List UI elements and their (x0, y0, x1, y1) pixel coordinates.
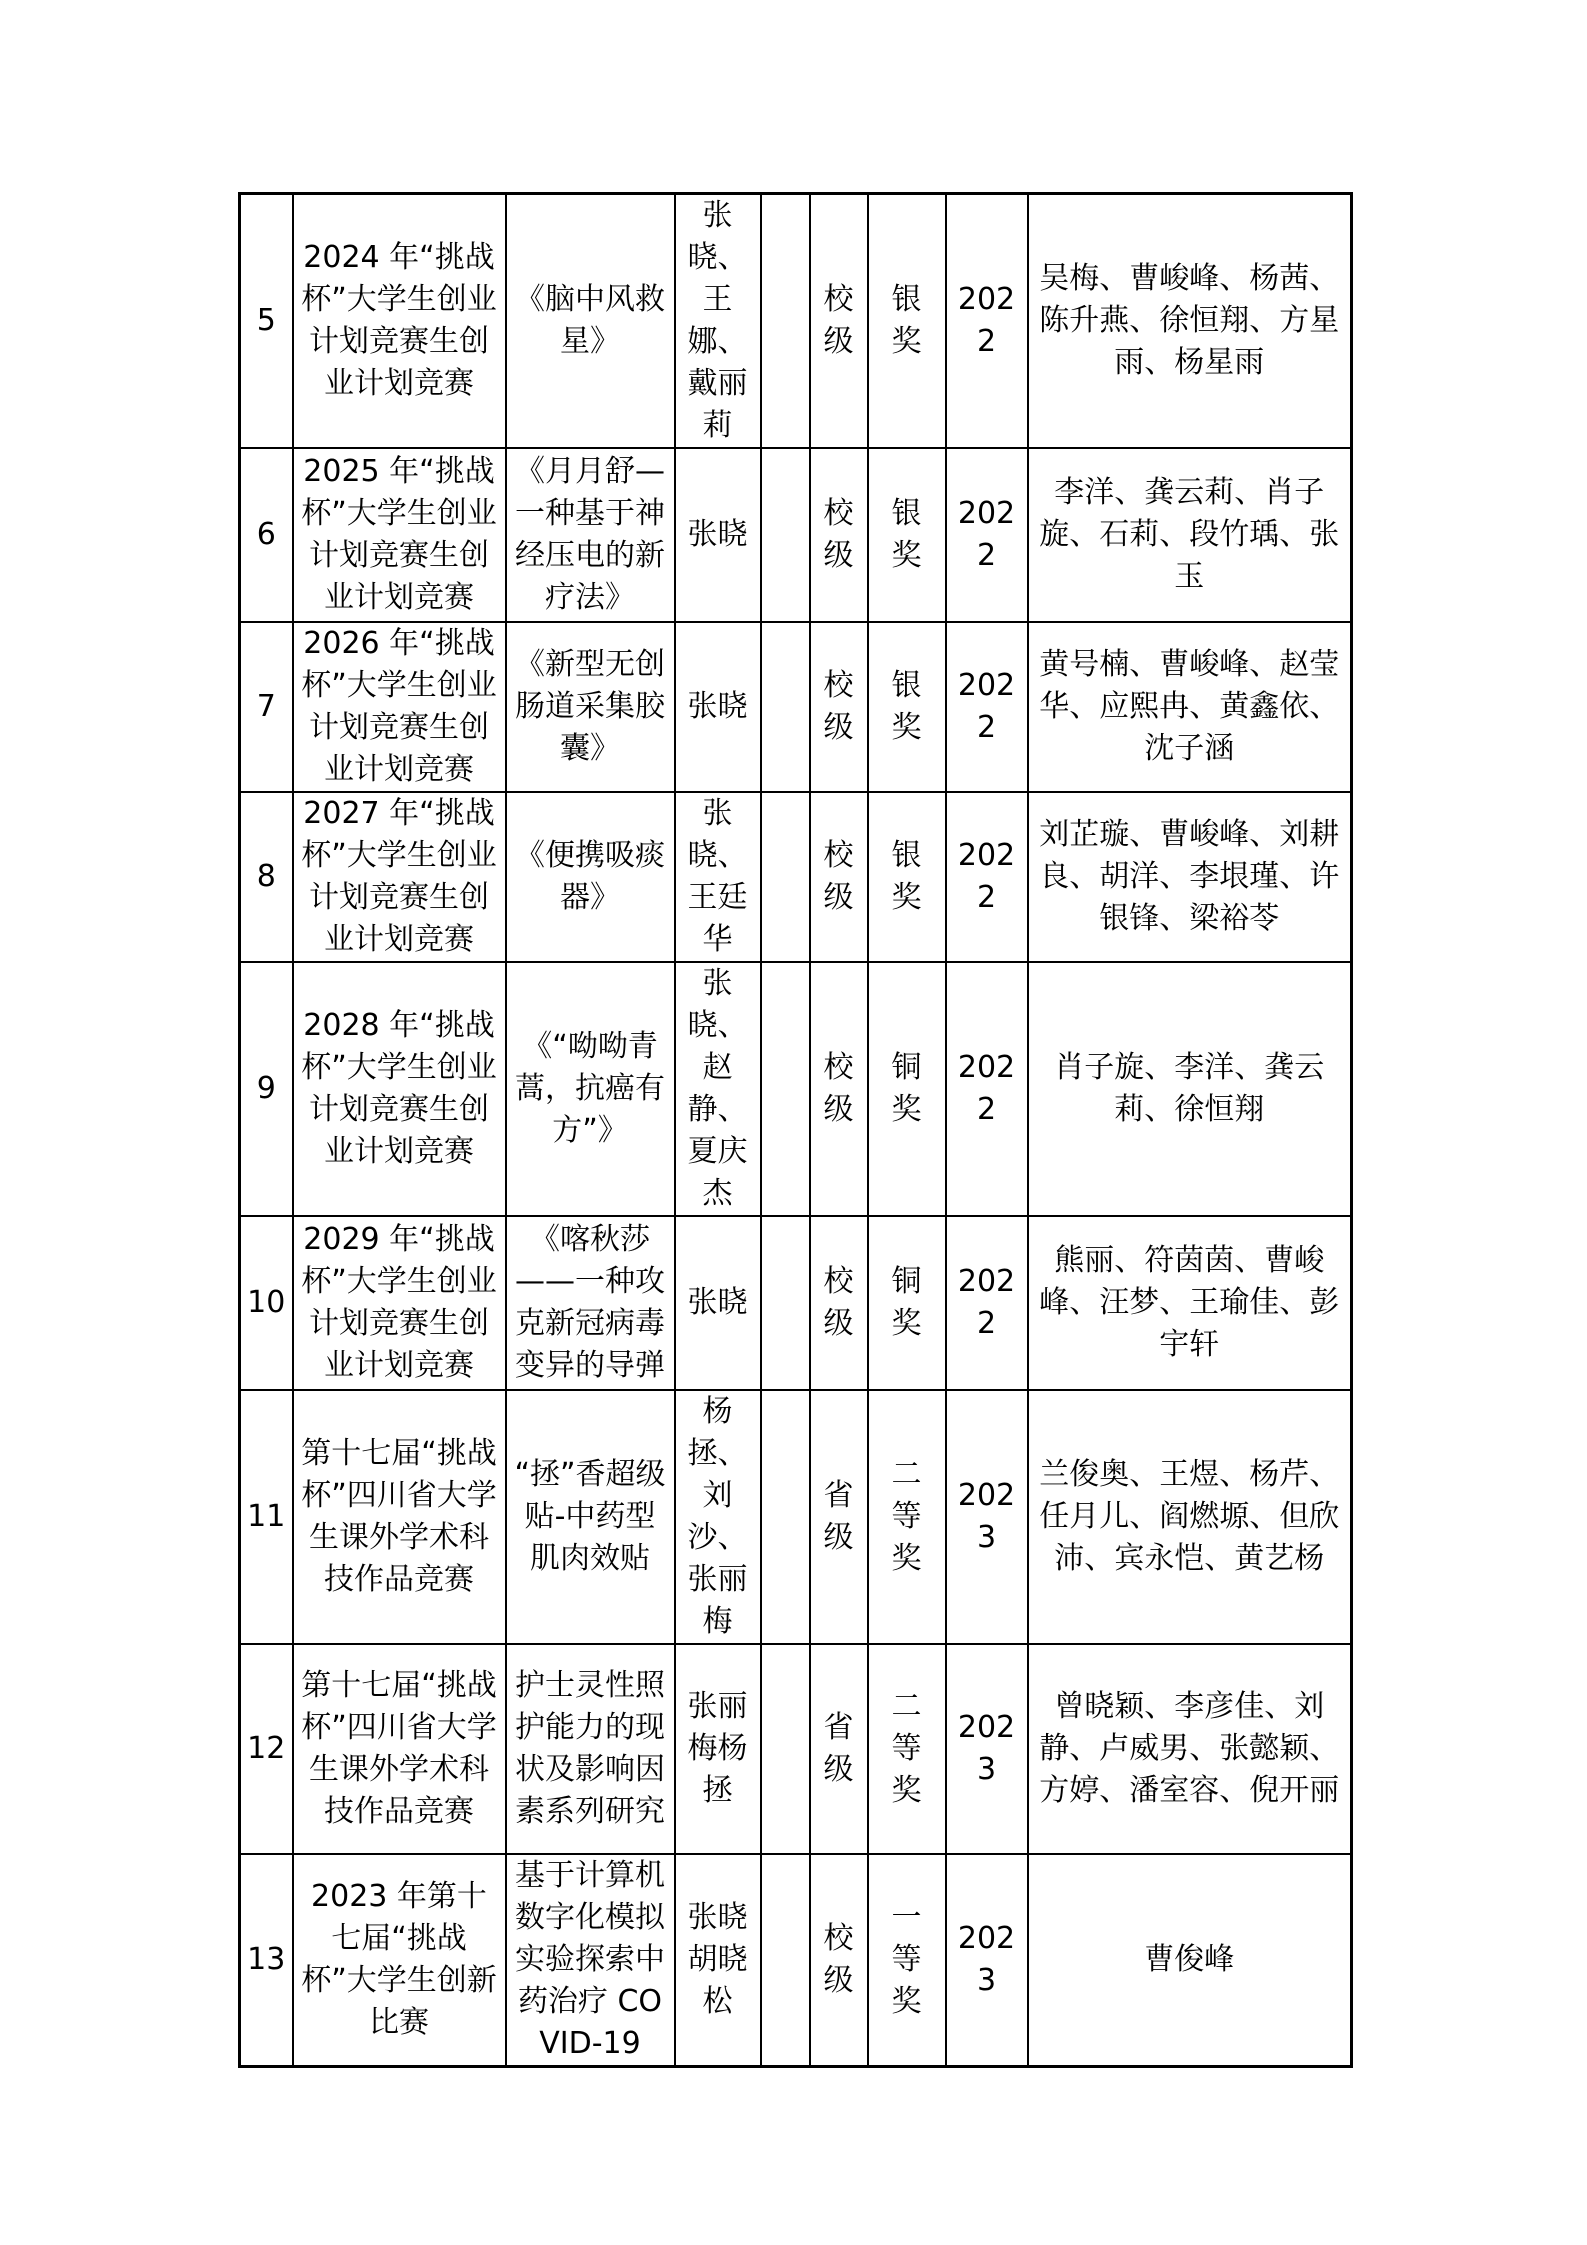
members-cell: 黄号楠、曹峻峰、赵莹华、应熙冉、黄鑫依、沈子涵 (1028, 622, 1352, 792)
spacer-cell (761, 1644, 810, 1854)
award-level-cell-text: 校级 (822, 1918, 855, 2002)
award-level-cell: 校级 (810, 792, 868, 962)
spacer-cell (761, 1216, 810, 1390)
award-year-cell: 2022 (946, 792, 1028, 962)
competition-name-cell: 2025 年“挑战杯”大学生创业计划竞赛生创业计划竞赛 (293, 448, 506, 622)
row-number-cell: 9 (240, 962, 293, 1216)
competition-name-cell: 2024 年“挑战杯”大学生创业计划竞赛生创业计划竞赛 (293, 194, 506, 449)
spacer-cell (761, 1854, 810, 2067)
spacer-cell (761, 448, 810, 622)
table-row: 82027 年“挑战杯”大学生创业计划竞赛生创业计划竞赛《便携吸痰器》张晓、王廷… (240, 792, 1352, 962)
award-level-cell-text: 省级 (822, 1475, 855, 1559)
award-level-cell: 校级 (810, 622, 868, 792)
document-page: 52024 年“挑战杯”大学生创业计划竞赛生创业计划竞赛《脑中风救星》张晓、王娜… (0, 0, 1587, 2245)
award-grade-cell: 银奖 (868, 622, 946, 792)
members-cell: 李洋、龚云莉、肖子旋、石莉、段竹瑀、张玉 (1028, 448, 1352, 622)
spacer-cell (761, 962, 810, 1216)
row-number-cell: 12 (240, 1644, 293, 1854)
row-number-cell: 13 (240, 1854, 293, 2067)
award-grade-cell-text: 二等奖 (890, 1686, 923, 1812)
award-grade-cell-text: 银奖 (890, 493, 923, 577)
competition-name-cell: 2029 年“挑战杯”大学生创业计划竞赛生创业计划竞赛 (293, 1216, 506, 1390)
award-year-cell: 2023 (946, 1390, 1028, 1644)
award-level-cell-text: 校级 (822, 1047, 855, 1131)
award-grade-cell-text: 一等奖 (890, 1897, 923, 2023)
award-level-cell: 校级 (810, 194, 868, 449)
award-grade-cell: 银奖 (868, 194, 946, 449)
award-grade-cell: 二等奖 (868, 1390, 946, 1644)
competition-name-cell: 2026 年“挑战杯”大学生创业计划竞赛生创业计划竞赛 (293, 622, 506, 792)
award-level-cell-text: 校级 (822, 835, 855, 919)
members-cell: 兰俊奥、王煜、杨芹、任月儿、阎燃塬、但欣沛、宾永恺、黄艺杨 (1028, 1390, 1352, 1644)
work-title-cell: 《新型无创肠道采集胶囊》 (506, 622, 675, 792)
row-number-cell: 6 (240, 448, 293, 622)
members-cell: 肖子旋、李洋、龚云莉、徐恒翔 (1028, 962, 1352, 1216)
members-cell: 熊丽、符茵茵、曹峻峰、汪梦、王瑜佳、彭宇轩 (1028, 1216, 1352, 1390)
award-grade-cell: 一等奖 (868, 1854, 946, 2067)
row-number-cell: 10 (240, 1216, 293, 1390)
award-grade-cell: 二等奖 (868, 1644, 946, 1854)
spacer-cell (761, 194, 810, 449)
award-year-cell: 2022 (946, 622, 1028, 792)
work-title-cell: 《便携吸痰器》 (506, 792, 675, 962)
spacer-cell (761, 792, 810, 962)
awards-table: 52024 年“挑战杯”大学生创业计划竞赛生创业计划竞赛《脑中风救星》张晓、王娜… (238, 192, 1353, 2068)
work-title-cell: 基于计算机数字化模拟实验探索中药治疗 COVID-19 (506, 1854, 675, 2067)
members-cell: 刘芷璇、曹峻峰、刘耕良、胡洋、李垠瑾、许银锋、梁裕苓 (1028, 792, 1352, 962)
table-row: 11第十七届“挑战杯”四川省大学生课外学术科技作品竞赛“拯”香超级贴-中药型肌肉… (240, 1390, 1352, 1644)
row-number-cell: 11 (240, 1390, 293, 1644)
competition-name-cell: 2023 年第十七届“挑战杯”大学生创新比赛 (293, 1854, 506, 2067)
award-year-cell: 2023 (946, 1854, 1028, 2067)
table-row: 62025 年“挑战杯”大学生创业计划竞赛生创业计划竞赛《月月舒—一种基于神经压… (240, 448, 1352, 622)
competition-name-cell: 2027 年“挑战杯”大学生创业计划竞赛生创业计划竞赛 (293, 792, 506, 962)
award-grade-cell-text: 铜奖 (890, 1261, 923, 1345)
members-cell: 曾晓颖、李彦佳、刘静、卢威男、张懿颖、方婷、潘室容、倪开丽 (1028, 1644, 1352, 1854)
competition-name-cell: 第十七届“挑战杯”四川省大学生课外学术科技作品竞赛 (293, 1390, 506, 1644)
awards-table-body: 52024 年“挑战杯”大学生创业计划竞赛生创业计划竞赛《脑中风救星》张晓、王娜… (240, 194, 1352, 2067)
spacer-cell (761, 1390, 810, 1644)
award-grade-cell-text: 银奖 (890, 835, 923, 919)
award-level-cell: 省级 (810, 1644, 868, 1854)
leaders-cell: 张晓、赵静、夏庆杰 (675, 962, 761, 1216)
members-cell: 吴梅、曹峻峰、杨茜、陈升燕、徐恒翔、方星雨、杨星雨 (1028, 194, 1352, 449)
leaders-cell: 张丽梅杨拯 (675, 1644, 761, 1854)
award-level-cell-text: 校级 (822, 1261, 855, 1345)
leaders-cell: 杨拯、刘沙、张丽梅 (675, 1390, 761, 1644)
award-grade-cell-text: 银奖 (890, 279, 923, 363)
work-title-cell: 《喀秋莎——一种攻克新冠病毒变异的导弹 (506, 1216, 675, 1390)
award-level-cell: 校级 (810, 1854, 868, 2067)
award-level-cell-text: 校级 (822, 665, 855, 749)
table-row: 12第十七届“挑战杯”四川省大学生课外学术科技作品竞赛护士灵性照护能力的现状及影… (240, 1644, 1352, 1854)
award-level-cell-text: 校级 (822, 493, 855, 577)
award-level-cell: 校级 (810, 962, 868, 1216)
work-title-cell: 《“呦呦青蒿，抗癌有方”》 (506, 962, 675, 1216)
table-row: 102029 年“挑战杯”大学生创业计划竞赛生创业计划竞赛《喀秋莎——一种攻克新… (240, 1216, 1352, 1390)
spacer-cell (761, 622, 810, 792)
leaders-cell: 张晓胡晓松 (675, 1854, 761, 2067)
competition-name-cell: 2028 年“挑战杯”大学生创业计划竞赛生创业计划竞赛 (293, 962, 506, 1216)
award-year-cell: 2022 (946, 962, 1028, 1216)
award-level-cell-text: 校级 (822, 279, 855, 363)
award-grade-cell: 铜奖 (868, 1216, 946, 1390)
award-level-cell: 校级 (810, 1216, 868, 1390)
leaders-cell: 张晓 (675, 622, 761, 792)
leaders-cell: 张晓 (675, 1216, 761, 1390)
award-year-cell: 2022 (946, 194, 1028, 449)
award-grade-cell-text: 二等奖 (890, 1454, 923, 1580)
row-number-cell: 5 (240, 194, 293, 449)
work-title-cell: 《月月舒—一种基于神经压电的新疗法》 (506, 448, 675, 622)
award-level-cell: 省级 (810, 1390, 868, 1644)
row-number-cell: 7 (240, 622, 293, 792)
work-title-cell: 护士灵性照护能力的现状及影响因素系列研究 (506, 1644, 675, 1854)
work-title-cell: 《脑中风救星》 (506, 194, 675, 449)
members-cell: 曹俊峰 (1028, 1854, 1352, 2067)
table-row: 92028 年“挑战杯”大学生创业计划竞赛生创业计划竞赛《“呦呦青蒿，抗癌有方”… (240, 962, 1352, 1216)
table-row: 72026 年“挑战杯”大学生创业计划竞赛生创业计划竞赛《新型无创肠道采集胶囊》… (240, 622, 1352, 792)
award-grade-cell-text: 铜奖 (890, 1047, 923, 1131)
award-grade-cell-text: 银奖 (890, 665, 923, 749)
table-row: 52024 年“挑战杯”大学生创业计划竞赛生创业计划竞赛《脑中风救星》张晓、王娜… (240, 194, 1352, 449)
table-row: 132023 年第十七届“挑战杯”大学生创新比赛基于计算机数字化模拟实验探索中药… (240, 1854, 1352, 2067)
award-level-cell: 校级 (810, 448, 868, 622)
award-year-cell: 2022 (946, 1216, 1028, 1390)
leaders-cell: 张晓 (675, 448, 761, 622)
award-grade-cell: 银奖 (868, 792, 946, 962)
award-year-cell: 2022 (946, 448, 1028, 622)
award-year-cell: 2023 (946, 1644, 1028, 1854)
work-title-cell: “拯”香超级贴-中药型肌肉效贴 (506, 1390, 675, 1644)
competition-name-cell: 第十七届“挑战杯”四川省大学生课外学术科技作品竞赛 (293, 1644, 506, 1854)
award-grade-cell: 银奖 (868, 448, 946, 622)
award-grade-cell: 铜奖 (868, 962, 946, 1216)
row-number-cell: 8 (240, 792, 293, 962)
leaders-cell: 张晓、王廷华 (675, 792, 761, 962)
leaders-cell: 张晓、王娜、戴丽莉 (675, 194, 761, 449)
award-level-cell-text: 省级 (822, 1707, 855, 1791)
